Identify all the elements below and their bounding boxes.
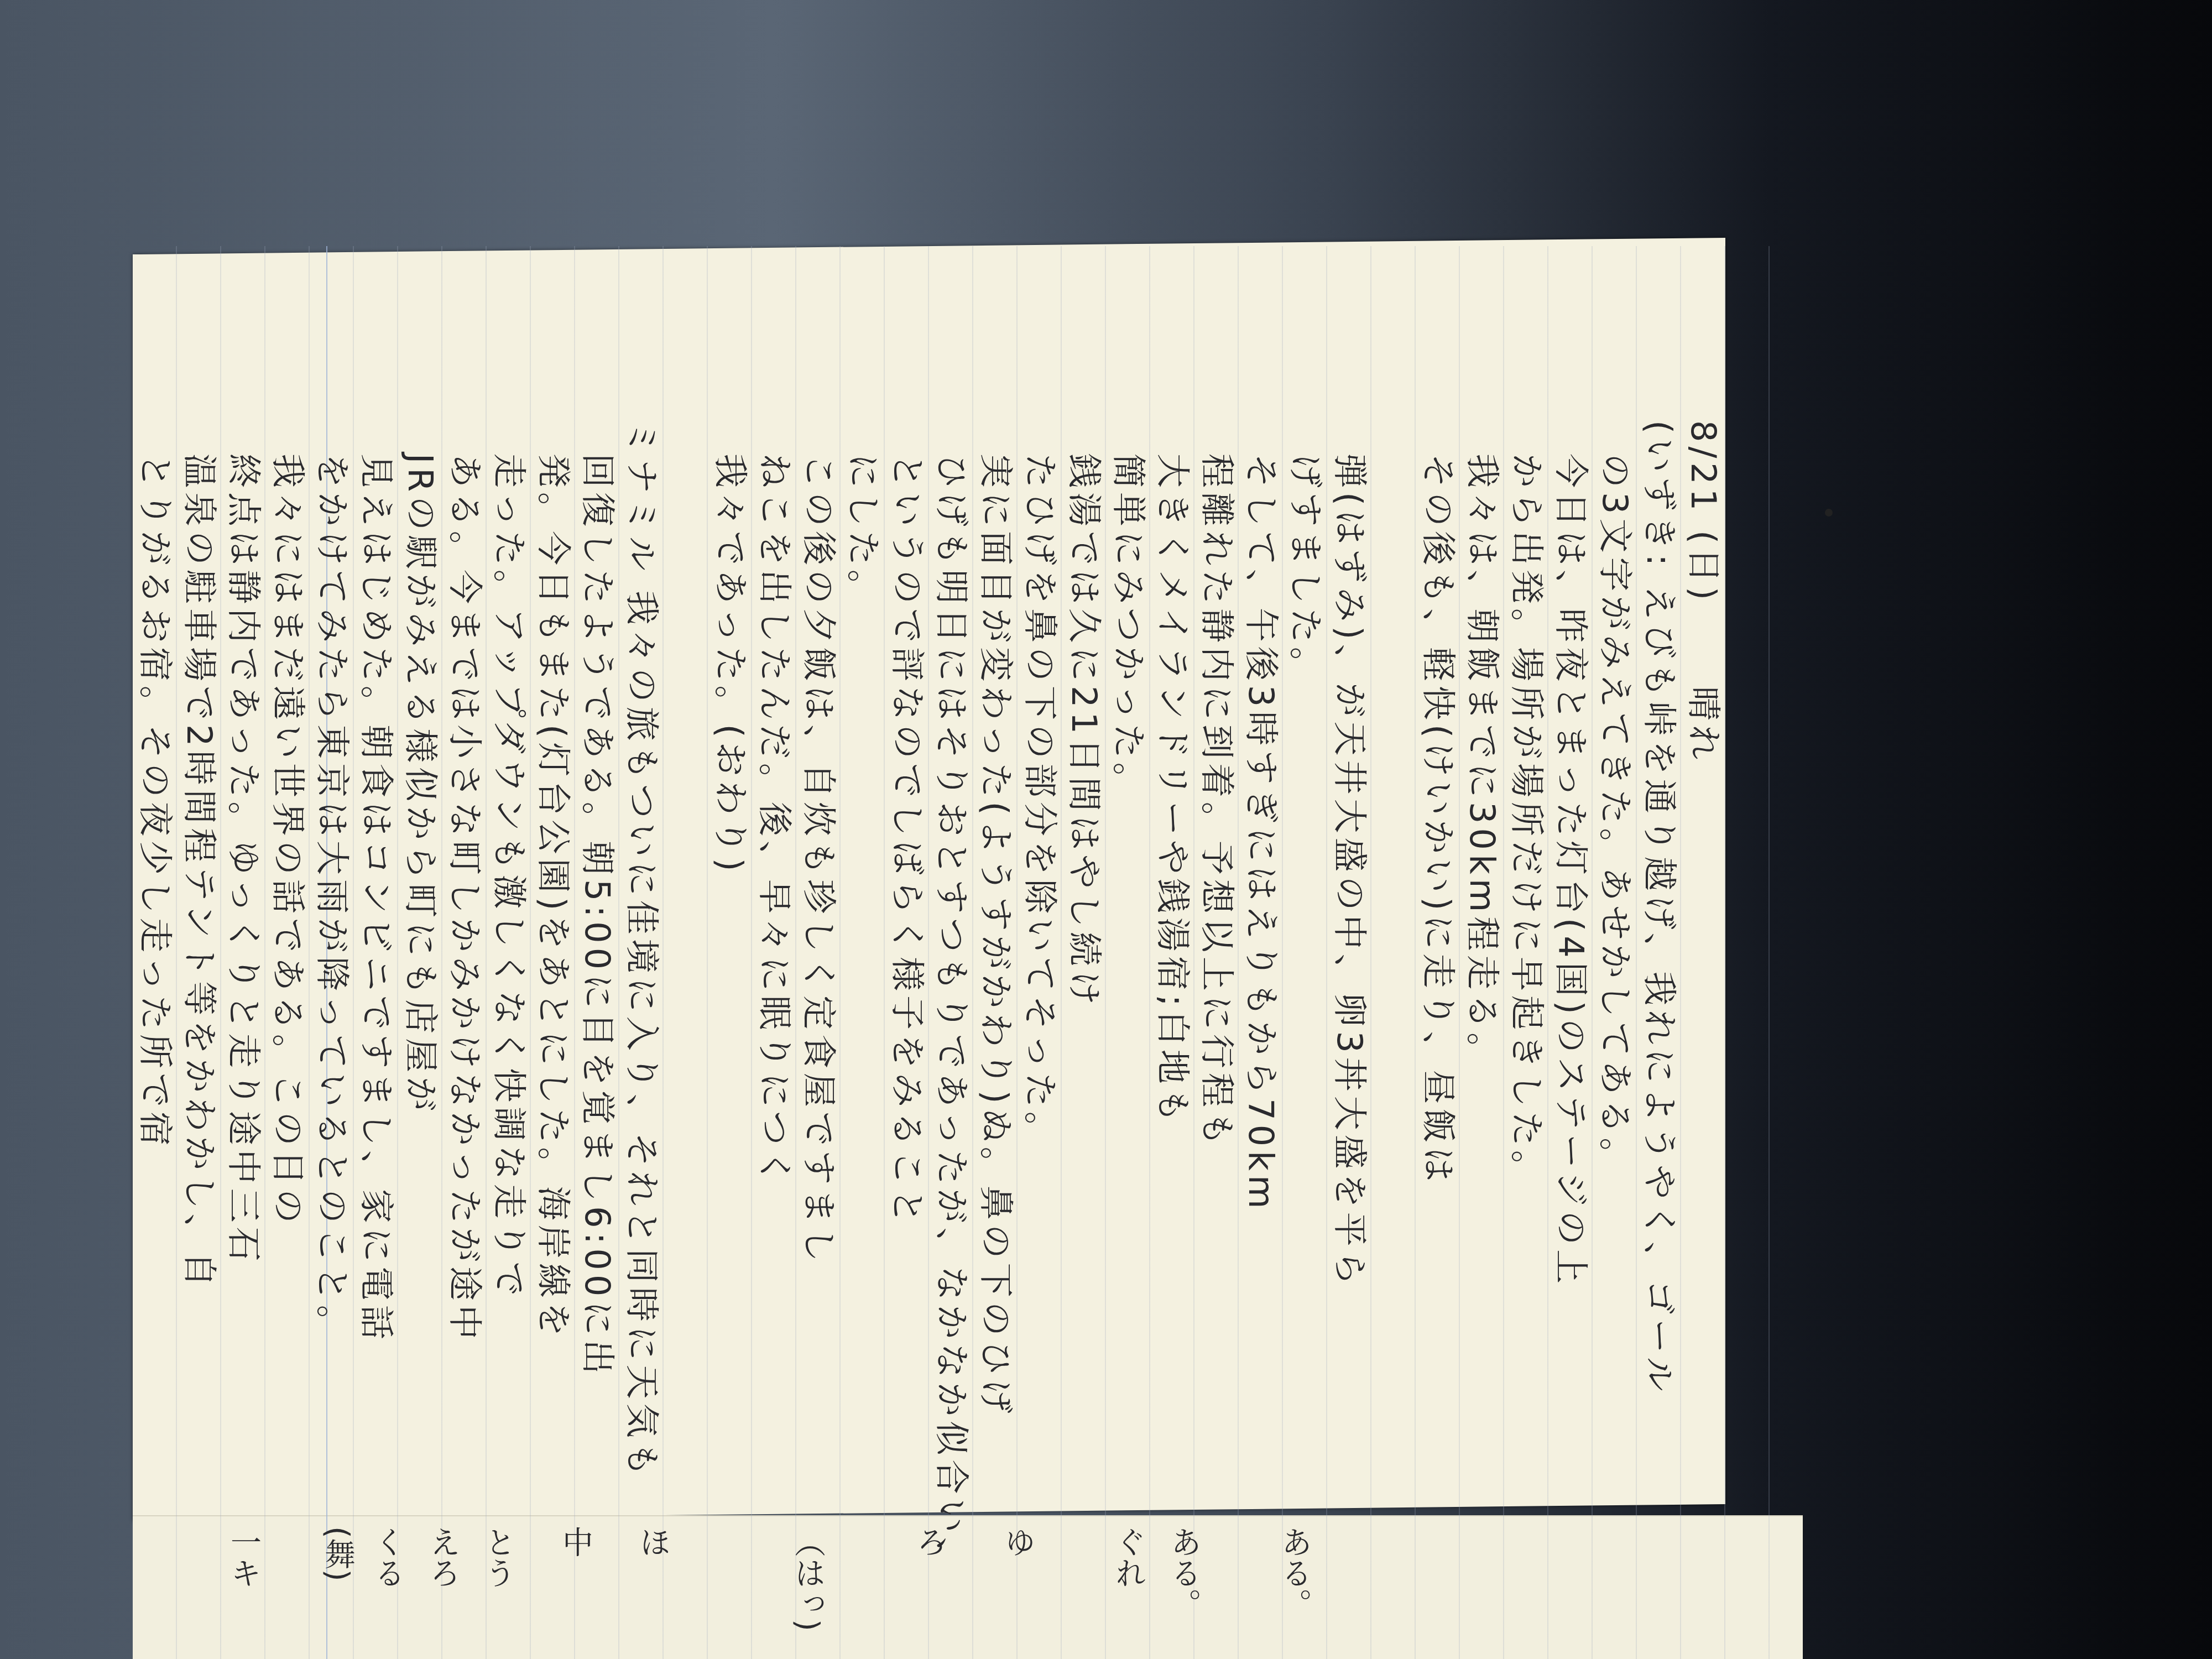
text-line: ひげも明日にはそりおとすつもりであったが、なかなか似合い、 — [929, 420, 973, 1482]
text-line: 今日は、昨夜とまった灯台(4国)のステージの上 — [1548, 420, 1593, 1482]
text-line: 走った。アップダウンも激しくなく快調な走りで — [487, 420, 531, 1482]
text-line: その後も、軽快(けいかい)に走り、昼飯は — [1416, 420, 1460, 1482]
fragment: ゆ — [995, 1526, 1040, 1557]
fragment: 一キ — [221, 1526, 265, 1588]
text-line: 我々は、朝飯までに30km程走る。 — [1460, 420, 1504, 1482]
text-line: たひげを鼻の下の部分を除いてそった。 — [1018, 420, 1062, 1482]
fragment: ある。 — [1161, 1526, 1206, 1619]
spacer — [1371, 420, 1416, 1482]
entry-weather: 晴れ — [1683, 686, 1724, 764]
section-3-label: ミナミル 我々の旅もついに佳境に入り、それと同時に天気も — [619, 420, 664, 1482]
entry-lines: 8/21 (日) 晴れ (いずき: えびも峠を通り越げ、我れにようやく、ゴール … — [332, 420, 1725, 1482]
text-line: ねこを出したんだ。後、早々に眠りにつく — [752, 420, 796, 1482]
ink-dot — [1825, 509, 1833, 517]
section-1-label: (いずき: えびも峠を通り越げ、我れにようやく、ゴール — [1637, 420, 1681, 1482]
text-line: 弾(はずみ)、が天井大盛の中、卵3丼大盛を平ら — [1327, 420, 1371, 1482]
fragment: (舞) — [315, 1526, 359, 1582]
text-line: 実に面目が変わった(ようすがかわり)ぬ。鼻の下のひげ — [973, 420, 1018, 1482]
text-line: 程離れた静内に到着。予想以上に行程も — [1194, 420, 1239, 1482]
text-line: とりがるお宿。その夜少し走った所で宿 — [133, 420, 177, 1482]
fragment: ろ — [907, 1526, 951, 1557]
text-line: の3文字がみえてきた。あせかしてある。 — [1593, 420, 1637, 1482]
text-line: 温泉の駐車場で2時間程テント等をかわかし、自 — [177, 420, 221, 1482]
text-line: げすました。 — [1283, 420, 1327, 1482]
text-line: から出発。場所が場所だけに早起きした。 — [1504, 420, 1548, 1482]
spacer — [664, 420, 708, 1482]
fragment: とう — [476, 1526, 520, 1588]
text-line: 大きくメイランドリーや銭湯宿;白地も — [1150, 420, 1194, 1482]
text-line: というので評なのでしばらく様子をみること — [885, 420, 929, 1482]
text-line: この後の夕飯は、自炊も珍しく定食屋ですまし — [796, 420, 841, 1482]
adjacent-page-text: 一キ (舞) くる えろ とう 中 ほ （はっ) ろ ゆ ぐれ ある。 ある。 — [133, 1526, 1571, 1659]
text-line: をかけてみたら東京は大雨が降っているとのこと。 — [310, 420, 354, 1482]
text-line: 簡単にみつかった。 — [1106, 420, 1150, 1482]
fragment: えろ — [420, 1526, 465, 1588]
entry-date-line: 8/21 (日) 晴れ — [1681, 420, 1725, 1482]
fragment: ほ — [630, 1526, 675, 1557]
text-line: 回復したようである。朝5:00に目を覚まし6:00に出 — [575, 420, 619, 1482]
text-line: JRの駅がみえる様似から町にも店屋が — [398, 420, 442, 1482]
text-line: 我々にはまだ遠い世界の話である。この日の — [265, 420, 310, 1482]
text-line: 発。今日もまた(灯台公園)をあとにした。海岸線を — [531, 420, 575, 1482]
diary-entry: 8/21 (日) 晴れ (いずき: えびも峠を通り越げ、我れにようやく、ゴール … — [166, 288, 1725, 1482]
fragment: （はっ) — [785, 1526, 830, 1631]
text-line: にした。 — [841, 420, 885, 1482]
text-line: 見えはじめた。朝食はコンビニですまし、家に電話 — [354, 420, 398, 1482]
text-line: 銭湯では久に21日間はやし続け — [1062, 420, 1106, 1482]
fragment: 中 — [553, 1526, 597, 1557]
text-line: そして、午後3時すぎにはえりもから70km — [1239, 420, 1283, 1482]
text-line: 我々であった。(おわり) — [708, 420, 752, 1482]
text-line: ある。今までは小さな町しかみかけなかったが途中 — [442, 420, 487, 1482]
text-line: 終点は静内であった。ゆっくりと走り途中三石 — [221, 420, 265, 1482]
fragment: ぐれ — [1106, 1526, 1150, 1588]
fragment: ある。 — [1272, 1526, 1316, 1619]
entry-date: 8/21 (日) — [1683, 420, 1724, 604]
fragment: くる — [365, 1526, 409, 1588]
